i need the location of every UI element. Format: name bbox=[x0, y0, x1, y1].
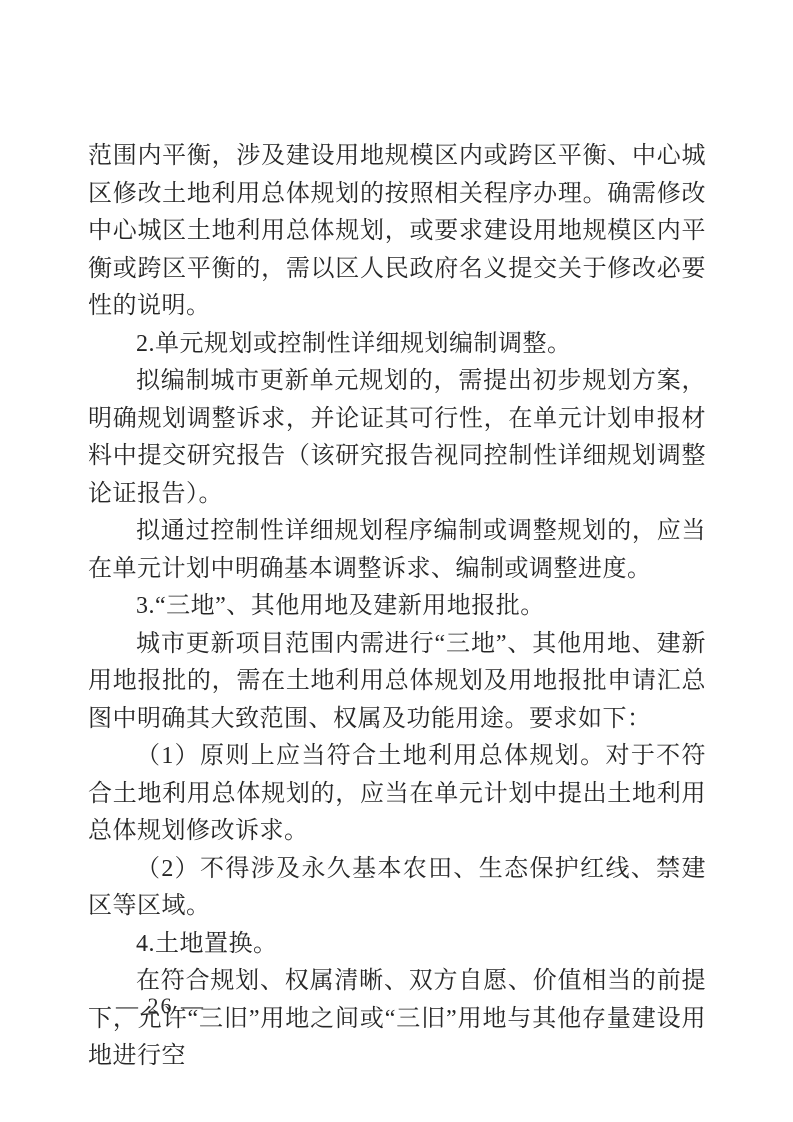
paragraph: （2）不得涉及永久基本农田、生态保护红线、禁建区等区域。 bbox=[88, 851, 706, 926]
paragraph: 在符合规划、权属清晰、双方自愿、价值相当的前提下，允许“三旧”用地之间或“三旧”… bbox=[88, 963, 706, 1076]
paragraph: 拟通过控制性详细规划程序编制或调整规划的，应当在单元计划中明确基本调整诉求、编制… bbox=[88, 513, 706, 588]
paragraph: 城市更新项目范围内需进行“三地”、其他用地、建新用地报批的，需在土地利用总体规划… bbox=[88, 626, 706, 739]
paragraph: 4.土地置换。 bbox=[88, 926, 706, 964]
body-text: 范围内平衡，涉及建设用地规模区内或跨区平衡、中心城区修改土地利用总体规划的按照相… bbox=[88, 138, 706, 1076]
page-number: — 26 — bbox=[116, 993, 205, 1019]
paragraph: 2.单元规划或控制性详细规划编制调整。 bbox=[88, 326, 706, 364]
document-page: 范围内平衡，涉及建设用地规模区内或跨区平衡、中心城区修改土地利用总体规划的按照相… bbox=[0, 0, 793, 1122]
paragraph: 3.“三地”、其他用地及建新用地报批。 bbox=[88, 588, 706, 626]
paragraph: （1）原则上应当符合土地利用总体规划。对于不符合土地利用总体规划的，应当在单元计… bbox=[88, 738, 706, 851]
paragraph: 拟编制城市更新单元规划的，需提出初步规划方案，明确规划调整诉求，并论证其可行性，… bbox=[88, 363, 706, 513]
paragraph: 范围内平衡，涉及建设用地规模区内或跨区平衡、中心城区修改土地利用总体规划的按照相… bbox=[88, 138, 706, 326]
